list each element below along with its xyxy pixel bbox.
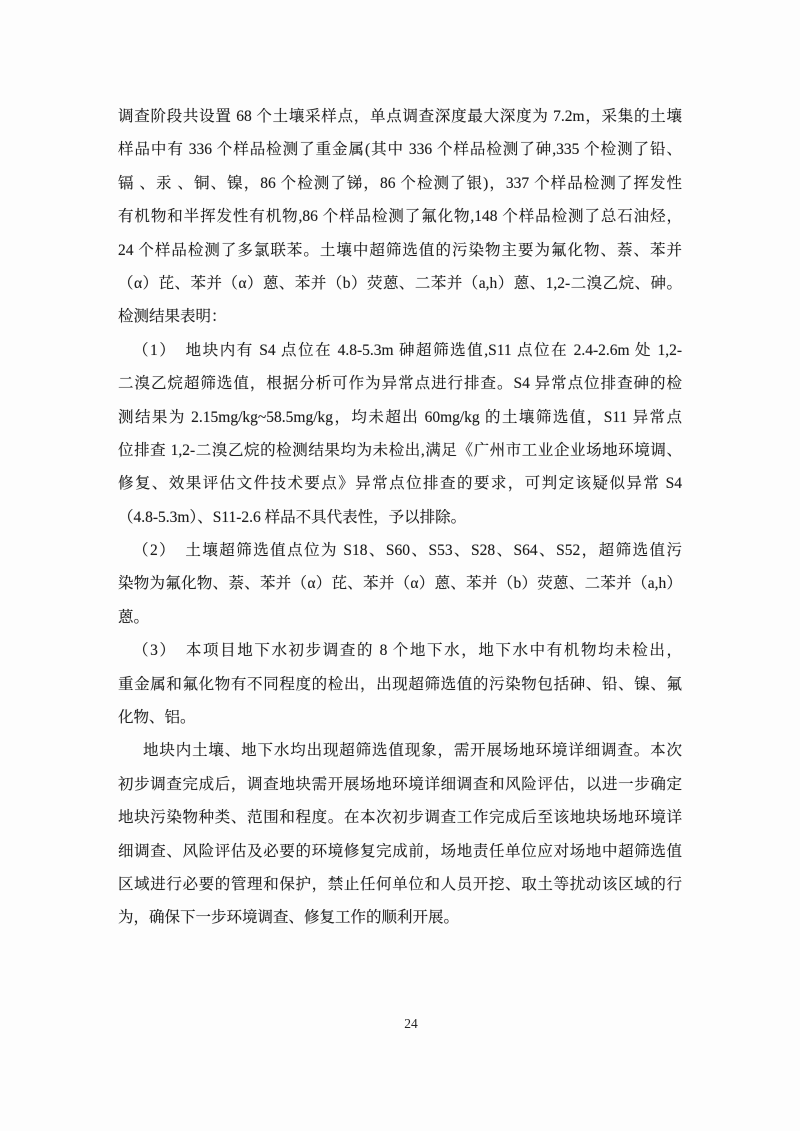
- text-line: （1） 地块内有 S4 点位在 4.8-5.3m 砷超筛选值,S11 点位在 2…: [118, 334, 682, 367]
- paragraph: （3） 本项目地下水初步调查的 8 个地下水，地下水中有机物均未检出，重金属和氟…: [118, 634, 682, 734]
- report-text-block: 调查阶段共设置 68 个土壤采样点，单点调查深度最大深度为 7.2m，采集的土壤…: [118, 100, 682, 935]
- text-line: 检测结果表明：: [118, 300, 682, 333]
- paragraph: （1） 地块内有 S4 点位在 4.8-5.3m 砷超筛选值,S11 点位在 2…: [118, 334, 682, 534]
- text-line: 修复、效果评估文件技术要点》异常点位排查的要求，可判定该疑似异常 S4: [118, 467, 682, 500]
- text-line: （α）芘、苯并（α）蒽、苯并（b）荧蒽、二苯并（a,h）蒽、1,2-二溴乙烷、砷…: [118, 267, 682, 300]
- text-line: 24 个样品检测了多氯联苯。土壤中超筛选值的污染物主要为氟化物、萘、苯并: [118, 234, 682, 267]
- text-line: 染物为氟化物、萘、苯并（α）芘、苯并（α）蒽、苯并（b）荧蒽、二苯并（a,h）: [118, 567, 682, 600]
- text-line: 样品中有 336 个样品检测了重金属(其中 336 个样品检测了砷,335 个检…: [118, 133, 682, 166]
- paragraph: 地块内土壤、地下水均出现超筛选值现象，需开展场地环境详细调查。本次初步调查完成后…: [118, 734, 682, 934]
- text-line: 地块内土壤、地下水均出现超筛选值现象，需开展场地环境详细调查。本次: [118, 734, 682, 767]
- paragraph: 调查阶段共设置 68 个土壤采样点，单点调查深度最大深度为 7.2m，采集的土壤…: [118, 100, 682, 334]
- paragraph: （2） 土壤超筛选值点位为 S18、S60、S53、S28、S64、S52，超筛…: [118, 534, 682, 634]
- text-line: 测结果为 2.15mg/kg~58.5mg/kg，均未超出 60mg/kg 的土…: [118, 401, 682, 434]
- text-line: 镉 、汞 、铜、镍，86 个检测了锑，86 个检测了银)，337 个样品检测了挥…: [118, 167, 682, 200]
- text-line: 蒽。: [118, 601, 682, 634]
- text-line: 区域进行必要的管理和保护，禁止任何单位和人员开挖、取土等扰动该区域的行: [118, 868, 682, 901]
- text-line: 调查阶段共设置 68 个土壤采样点，单点调查深度最大深度为 7.2m，采集的土壤: [118, 100, 682, 133]
- document-page: 调查阶段共设置 68 个土壤采样点，单点调查深度最大深度为 7.2m，采集的土壤…: [0, 0, 800, 1131]
- page-number: 24: [0, 1014, 800, 1034]
- text-line: （3） 本项目地下水初步调查的 8 个地下水，地下水中有机物均未检出，: [118, 634, 682, 667]
- text-line: 初步调查完成后，调查地块需开展场地环境详细调查和风险评估，以进一步确定: [118, 768, 682, 801]
- text-line: 位排查 1,2-二溴乙烷的检测结果均为未检出,满足《广州市工业企业场地环境调、: [118, 434, 682, 467]
- text-line: 地块污染物种类、范围和程度。在本次初步调查工作完成后至该地块场地环境详: [118, 801, 682, 834]
- text-line: 细调查、风险评估及必要的环境修复完成前，场地责任单位应对场地中超筛选值: [118, 835, 682, 868]
- text-line: 二溴乙烷超筛选值，根据分析可作为异常点进行排查。S4 异常点位排查砷的检: [118, 367, 682, 400]
- text-line: 有机物和半挥发性有机物,86 个样品检测了氟化物,148 个样品检测了总石油烃，: [118, 200, 682, 233]
- text-line: （2） 土壤超筛选值点位为 S18、S60、S53、S28、S64、S52，超筛…: [118, 534, 682, 567]
- text-line: 化物、铝。: [118, 701, 682, 734]
- text-line: 为，确保下一步环境调查、修复工作的顺利开展。: [118, 901, 682, 934]
- text-line: 重金属和氟化物有不同程度的检出，出现超筛选值的污染物包括砷、铅、镍、氟: [118, 668, 682, 701]
- text-line: （4.8-5.3m）、S11-2.6 样品不具代表性，予以排除。: [118, 501, 682, 534]
